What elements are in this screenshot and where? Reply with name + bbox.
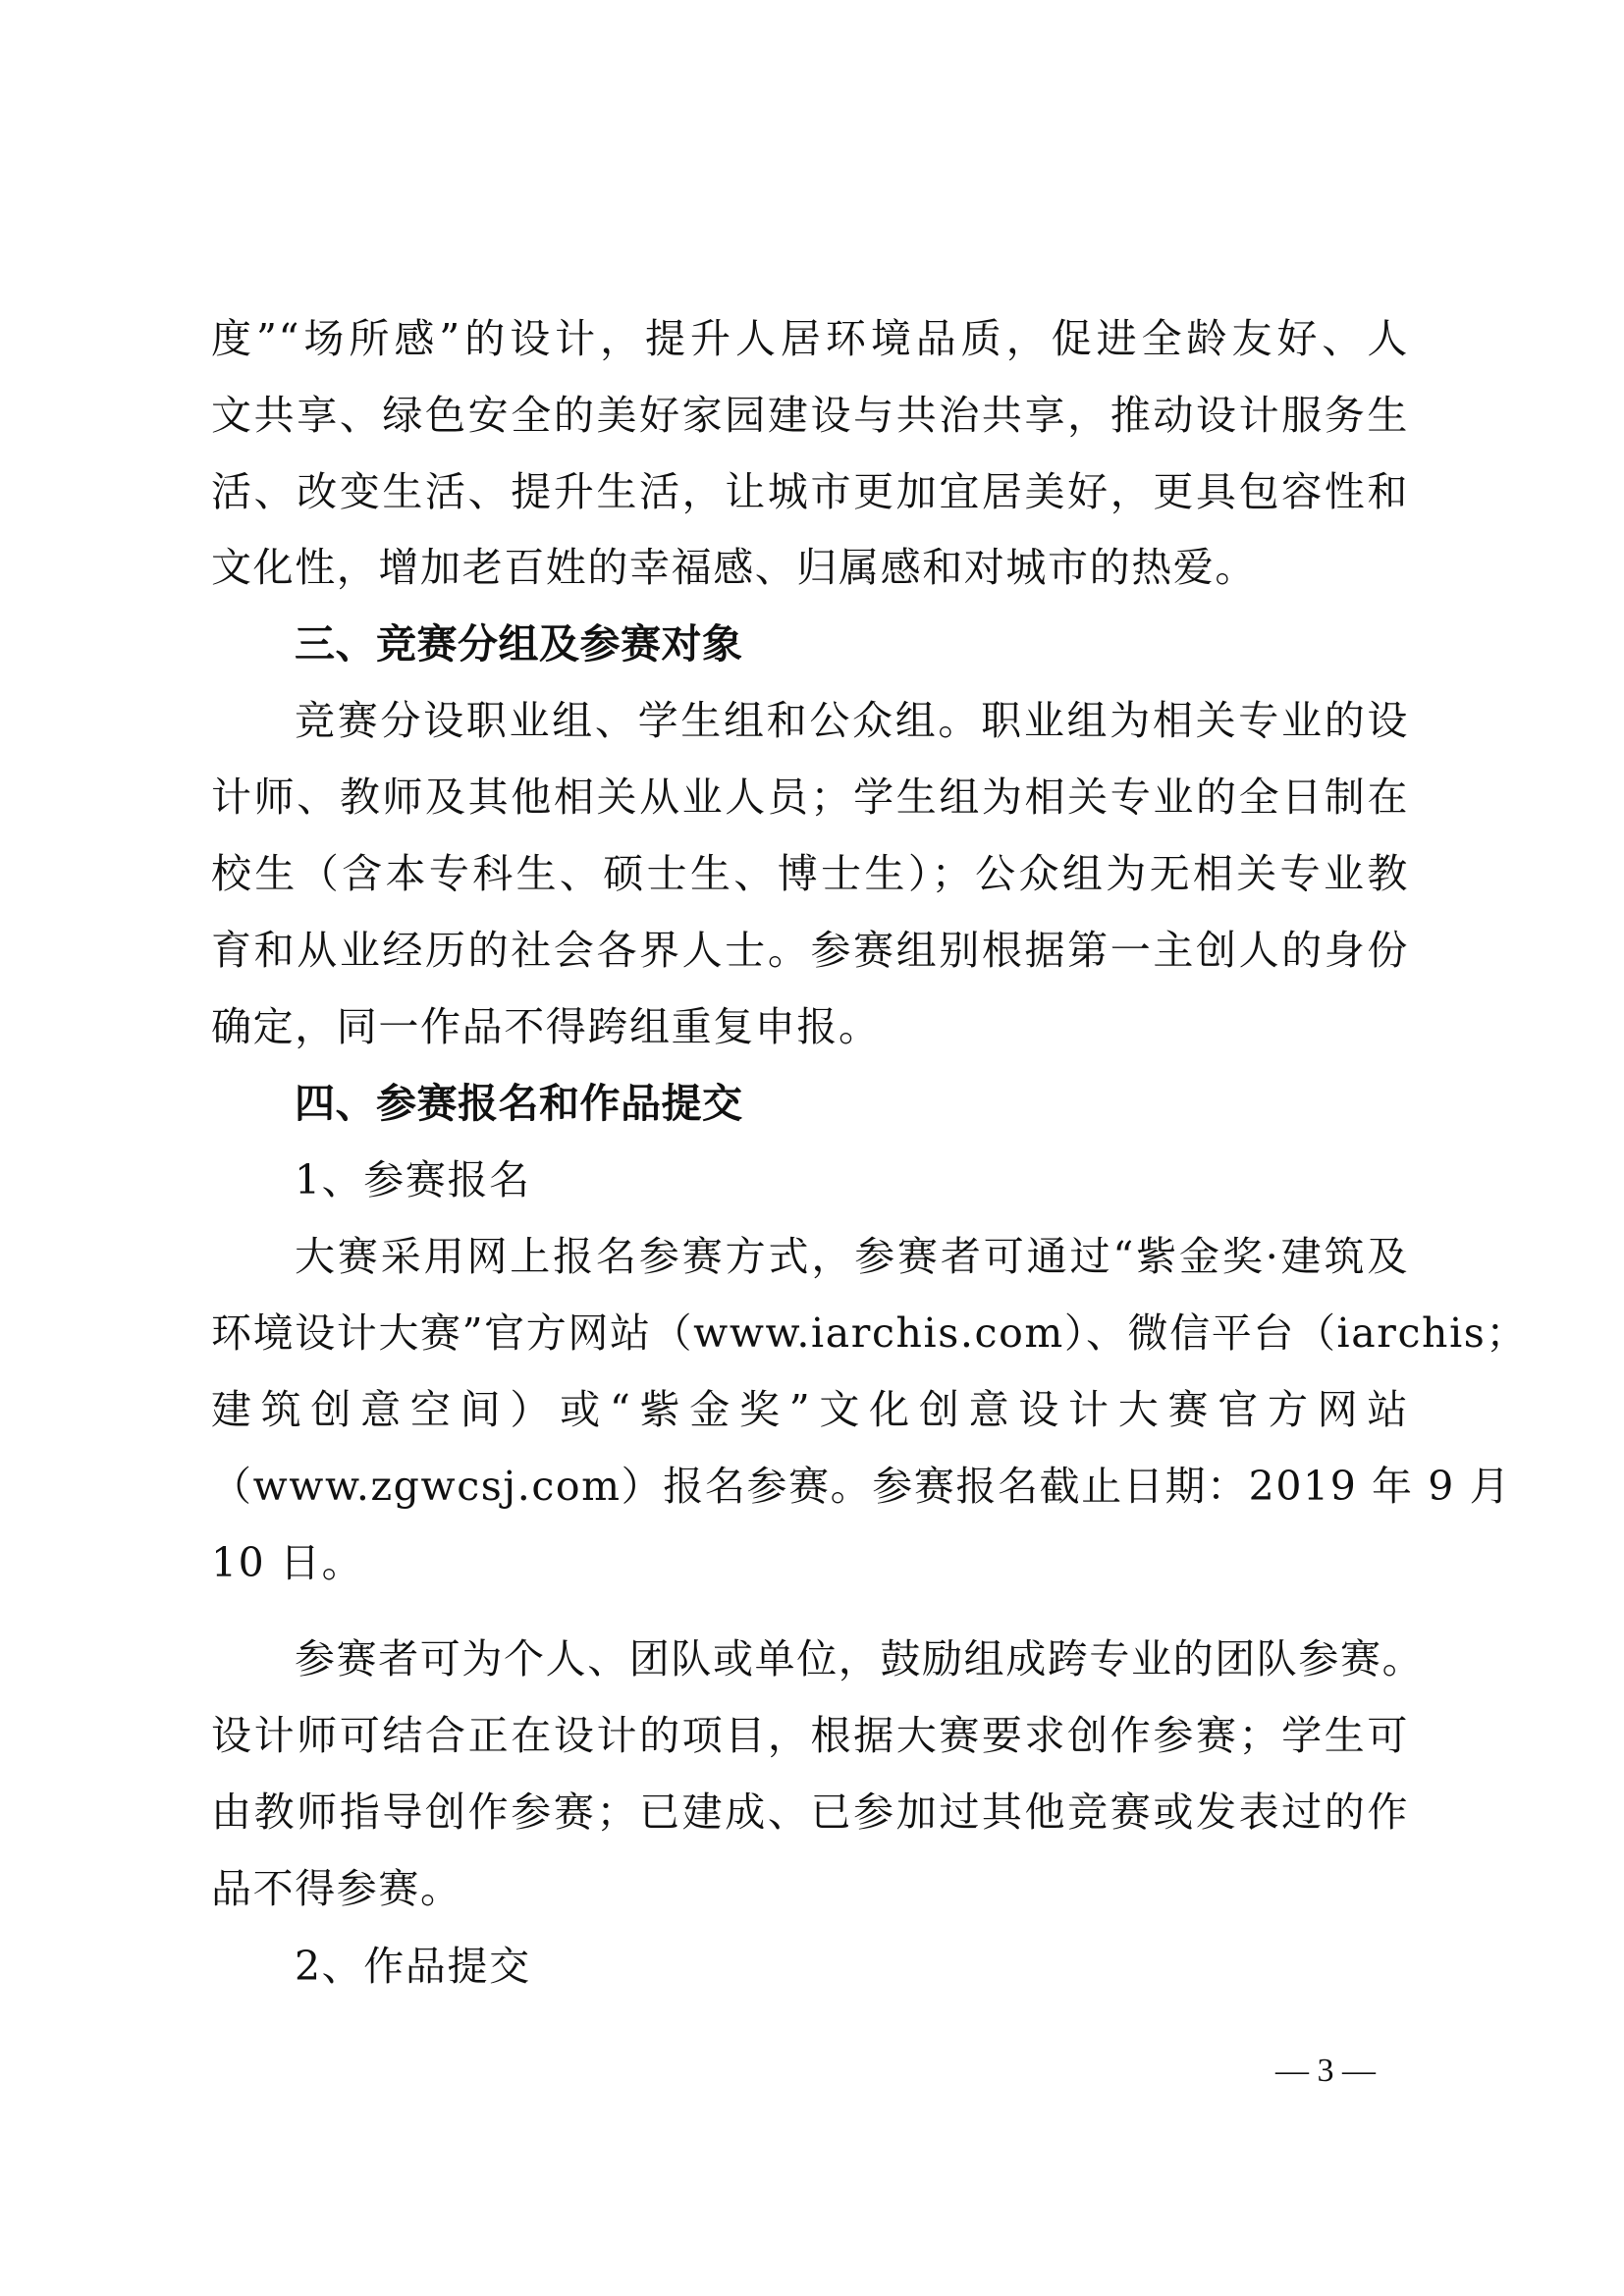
paragraph-line: 文化性，增加老百姓的幸福感、归属感和对城市的热爱。 <box>211 529 1409 606</box>
paragraph-line: 参赛者可为个人、团队或单位，鼓励组成跨专业的团队参赛。 <box>295 1621 1409 1697</box>
paragraph-line: 设计师可结合正在设计的项目，根据大赛要求创作参赛；学生可 <box>211 1697 1409 1774</box>
paragraph-line: 10 日。 <box>211 1524 1409 1601</box>
paragraph-line: （www.zgwcsj.com）报名参赛。参赛报名截止日期：2019 年 9 月 <box>211 1448 1409 1524</box>
paragraph-line: 环境设计大赛”官方网站（www.iarchis.com）、微信平台（iarchi… <box>211 1295 1409 1371</box>
section-heading-4: 四、参赛报名和作品提交 <box>295 1065 1409 1142</box>
paragraph-line: 度”“场所感”的设计，提升人居环境品质，促进全龄友好、人 <box>211 300 1409 377</box>
paragraph-line: 计师、教师及其他相关从业人员；学生组为相关专业的全日制在 <box>211 759 1409 835</box>
section-heading-3: 三、竞赛分组及参赛对象 <box>295 606 1409 682</box>
paragraph-line: 品不得参赛。 <box>211 1850 1409 1927</box>
paragraph-line: 确定，同一作品不得跨组重复申报。 <box>211 988 1409 1065</box>
paragraph-line: 建筑创意空间）或“紫金奖”文化创意设计大赛官方网站 <box>211 1371 1409 1448</box>
subheading-registration: 1、参赛报名 <box>295 1142 1409 1218</box>
paragraph-line: 文共享、绿色安全的美好家园建设与共治共享，推动设计服务生 <box>211 377 1409 454</box>
page-number: — 3 — <box>1247 2047 1404 2096</box>
subheading-submission: 2、作品提交 <box>295 1928 1409 2004</box>
paragraph-line: 由教师指导创作参赛；已建成、已参加过其他竞赛或发表过的作 <box>211 1774 1409 1850</box>
paragraph-line: 竞赛分设职业组、学生组和公众组。职业组为相关专业的设 <box>295 682 1409 759</box>
paragraph-line: 育和从业经历的社会各界人士。参赛组别根据第一主创人的身份 <box>211 912 1409 988</box>
document-page: 度”“场所感”的设计，提升人居环境品质，促进全龄友好、人 文共享、绿色安全的美好… <box>0 0 1624 2296</box>
paragraph-line: 校生（含本专科生、硕士生、博士生）；公众组为无相关专业教 <box>211 835 1409 912</box>
paragraph-line: 活、改变生活、提升生活，让城市更加宜居美好，更具包容性和 <box>211 454 1409 530</box>
paragraph-line: 大赛采用网上报名参赛方式，参赛者可通过“紫金奖·建筑及 <box>295 1218 1409 1295</box>
